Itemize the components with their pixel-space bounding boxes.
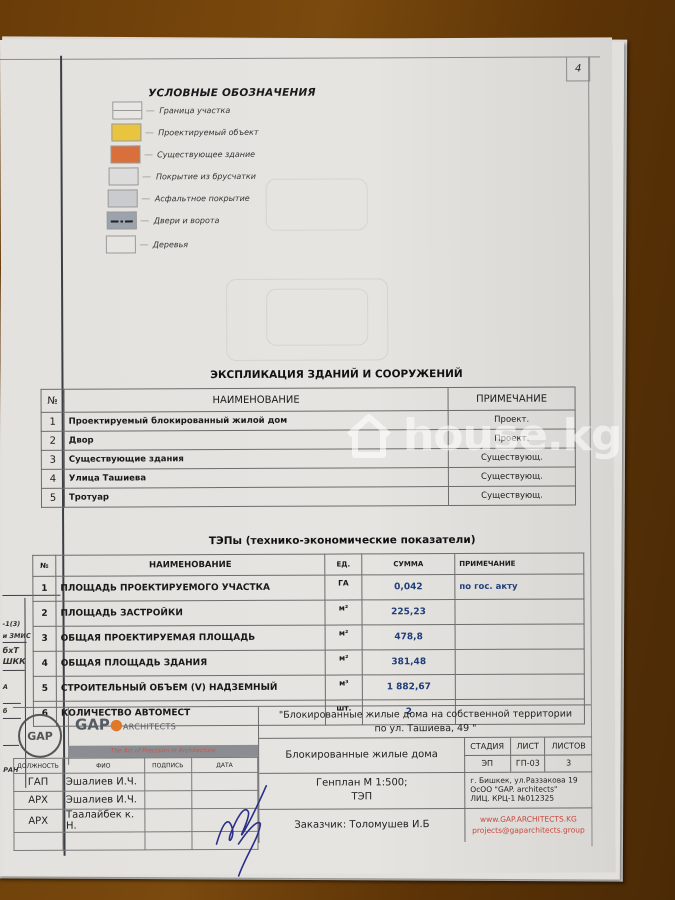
header-signature: ПОДПИСЬ: [144, 758, 191, 773]
trees-swatch-icon: [106, 235, 136, 253]
cell-note: Существующ.: [448, 467, 575, 487]
header-name: НАИМЕНОВАНИЕ: [64, 388, 448, 413]
cell-name: Двор: [64, 430, 448, 451]
legend-item: Существующее здание: [110, 145, 255, 164]
cell-unit: м³: [325, 675, 362, 700]
explication-title: ЭКСПЛИКАЦИЯ ЗДАНИЙ И СООРУЖЕНИЙ: [121, 368, 551, 382]
cell-name: ПЛОЩАДЬ ПРОЕКТИРУЕМОГО УЧАСТКА: [56, 575, 325, 601]
cell-note: Проект.: [448, 410, 575, 430]
wordmark-suffix: ARCHITECTS: [123, 722, 176, 731]
cell-note: Существующ.: [448, 486, 575, 506]
drawing-row: Генплан М 1:500; ТЭП г. Бишкек, ул.Разза…: [259, 771, 592, 809]
cell-signature: [144, 773, 191, 791]
cell-unit: м²: [325, 600, 362, 625]
cell-name: Тротуар: [64, 487, 448, 508]
frame-top-line: [0, 56, 600, 60]
drawing-name-line2: ТЭП: [316, 790, 408, 804]
cell-num: 3: [41, 450, 64, 469]
leader-line: [143, 176, 151, 177]
company-contacts: www.GAP.ARCHITECTS.KG projects@gaparchit…: [464, 807, 592, 848]
cell-name: Существующие здания: [64, 449, 448, 470]
cell-name: ОБЩАЯ ПРОЕКТИРУЕМАЯ ПЛОЩАДЬ: [56, 625, 325, 651]
cell-note: [455, 674, 584, 700]
cell-role: АРХ: [14, 791, 63, 809]
tep-header-row: № НАИМЕНОВАНИЕ ЕД. СУММА ПРИМЕЧАНИЕ: [33, 553, 584, 576]
header-fio: ФИО: [62, 758, 144, 773]
table-row: 1Проектируемый блокированный жилой домПр…: [41, 410, 575, 431]
cell-name: Проектируемый блокированный жилой дом: [64, 411, 448, 432]
legend-item: Деревья: [106, 235, 188, 253]
table-row: 3Существующие зданияСуществующ.: [41, 448, 575, 469]
explication-table: № НАИМЕНОВАНИЕ ПРИМЕЧАНИЕ 1Проектируемый…: [41, 386, 577, 507]
cell-fio: Эшалиев И.Ч.: [62, 773, 144, 791]
strip-text: б: [3, 707, 8, 715]
cell-note: [455, 649, 584, 675]
object-name: Блокированные жилые дома: [259, 738, 465, 773]
cell-fio: Таалайбек к. Н.: [62, 809, 144, 832]
stage-grid: СТАДИЯ ЛИСТ ЛИСТОВ ЭП ГП-03 3: [464, 737, 592, 772]
header-note: ПРИМЕЧАНИЕ: [455, 553, 584, 575]
sheet-label: ЛИСТ: [511, 738, 545, 755]
projected-object-swatch-icon: [111, 123, 141, 141]
legend-item: Проектируемый объект: [111, 123, 258, 142]
cell-note: [455, 624, 584, 650]
cell-name: ОБЩАЯ ПЛОЩАДЬ ЗДАНИЯ: [56, 650, 325, 676]
stage-label: СТАДИЯ: [464, 738, 511, 755]
strip-text: и ЗМИС: [3, 632, 31, 640]
sheets-value: 3: [545, 754, 592, 771]
cell-note: Существующ.: [448, 448, 575, 468]
cell-num: 3: [33, 626, 56, 651]
table-row: 4ОБЩАЯ ПЛОЩАДЬ ЗДАНИЯм²381,48: [33, 649, 584, 676]
cell-note: Проект.: [448, 429, 575, 449]
drawing-name-line1: Генплан М 1:500;: [316, 776, 408, 790]
header-name: НАИМЕНОВАНИЕ: [56, 554, 325, 576]
email-link[interactable]: projects@gaparchitects.group: [464, 824, 592, 836]
legend-label: Асфальтное покрытие: [155, 193, 250, 202]
strip-text: бхТ: [3, 646, 19, 655]
cell-signature: [144, 791, 191, 809]
gap-emblem-icon: GAP: [18, 714, 62, 758]
stage-cell: СТАДИЯ ЛИСТ ЛИСТОВ ЭП ГП-03 3: [464, 737, 592, 772]
gap-tagline: The Art of Precision in Architecture: [68, 745, 258, 758]
cell-sum: 225,23: [362, 600, 455, 625]
explication-header-row: № НАИМЕНОВАНИЕ ПРИМЕЧАНИЕ: [41, 387, 575, 412]
header-date: ДАТА: [191, 757, 257, 772]
drawing-name: Генплан М 1:500; ТЭП: [259, 772, 465, 809]
cell-num: 5: [33, 676, 56, 701]
table-row: 2ДворПроект.: [41, 429, 575, 450]
boundary-swatch-icon: [112, 101, 142, 119]
header-unit: ЕД.: [325, 554, 362, 575]
tep-table: № НАИМЕНОВАНИЕ ЕД. СУММА ПРИМЕЧАНИЕ 1ПЛО…: [32, 552, 585, 726]
cell-num: 5: [41, 488, 64, 507]
legend-item: Граница участка: [112, 101, 230, 120]
legend-label: Деревья: [153, 240, 188, 249]
cell-num: 4: [33, 651, 56, 676]
cell-note: по гос. акту: [455, 574, 584, 600]
existing-building-swatch-icon: [110, 145, 140, 163]
table-row: 5ТротуарСуществующ.: [41, 486, 575, 507]
strip-text: -1(3): [3, 620, 21, 628]
gap-wordmark: GAP●ARCHITECTS: [75, 715, 176, 733]
cell-num: 1: [41, 412, 64, 431]
company-address: г. Бишкек, ул.Раззакова 19 ОсОО "GAP. ar…: [464, 771, 598, 812]
header-note: ПРИМЕЧАНИЕ: [448, 387, 575, 411]
project-title-line2: по ул. Ташиева, 49 ": [259, 721, 592, 736]
customer-row: Заказчик: Толомушев И.Б www.GAP.ARCHITEC…: [259, 807, 592, 842]
table-row: 3ОБЩАЯ ПРОЕКТИРУЕМАЯ ПЛОЩАДЬм²478,8: [33, 624, 584, 651]
legend-label: Граница участка: [159, 105, 230, 114]
leader-line: [140, 244, 148, 245]
address-line3: ЛИЦ. КРЦ-1 №012325: [470, 793, 598, 803]
logo-cell: GAP: [13, 708, 69, 765]
legend-item: Асфальтное покрытие: [108, 189, 250, 208]
cell-fio: Эшалиев И.Ч.: [62, 791, 144, 809]
table-row: 5СТРОИТЕЛЬНЫЙ ОБЪЕМ (V) НАДЗЕМНЫЙм³1 882…: [33, 674, 584, 701]
cell-num: 1: [33, 576, 56, 601]
table-row: 2ПЛОЩАДЬ ЗАСТРОЙКИм²225,23: [33, 599, 584, 626]
doors-gates-swatch-icon: [107, 211, 137, 229]
strip-text: ШКК: [3, 657, 26, 666]
customer-name: Заказчик: Толомушев И.Б: [259, 808, 465, 843]
cell-num: 2: [33, 601, 56, 626]
website-link[interactable]: www.GAP.ARCHITECTS.KG: [464, 813, 592, 825]
sheet-value: ГП-03: [511, 755, 545, 772]
table-row: 4Улица ТашиеваСуществующ.: [41, 467, 575, 488]
cell-sum: 478,8: [362, 625, 455, 650]
handwritten-signature: [208, 784, 278, 884]
legend-item: Покрытие из брусчатки: [109, 167, 256, 186]
strip-line: [3, 703, 21, 704]
cell-role: АРХ: [14, 809, 63, 832]
cell-role: ГАП: [14, 773, 63, 791]
cell-fio: [63, 832, 145, 850]
leader-line: [141, 220, 149, 221]
cell-num: 4: [41, 469, 64, 488]
asphalt-swatch-icon: [108, 189, 138, 207]
cell-name: СТРОИТЕЛЬНЫЙ ОБЪЕМ (V) НАДЗЕМНЫЙ: [56, 675, 325, 701]
cell-signature: [144, 809, 191, 832]
stage-value: ЭП: [464, 755, 511, 772]
cell-unit: ГА: [325, 575, 362, 600]
header-sum: СУММА: [362, 554, 455, 575]
cell-num: 2: [41, 431, 64, 450]
cell-unit: м²: [325, 650, 362, 675]
cell-note: [455, 599, 584, 625]
strip-line: [3, 670, 25, 671]
cell-name: ПЛОЩАДЬ ЗАСТРОЙКИ: [56, 600, 325, 626]
legend-label: Покрытие из брусчатки: [156, 171, 256, 180]
legend-label: Двери и ворота: [154, 216, 220, 225]
object-row: Блокированные жилые дома СТАДИЯ ЛИСТ ЛИС…: [259, 737, 592, 773]
legend-item: Двери и ворота: [107, 211, 220, 229]
tep-title: ТЭПы (технико-экономические показатели): [182, 534, 502, 547]
wordmark-text: GAP: [75, 716, 110, 734]
header-num: №: [33, 555, 56, 576]
leader-line: [144, 154, 152, 155]
cell-name: Улица Ташиева: [64, 468, 448, 489]
project-title-line1: "Блокированные жилые дома на собственной…: [259, 707, 592, 722]
header-num: №: [41, 389, 64, 412]
strip-line: [3, 642, 27, 643]
cell-unit: м²: [325, 625, 362, 650]
sheets-label: ЛИСТОВ: [545, 737, 592, 754]
legend-label: Существующее здание: [157, 149, 255, 158]
cell-sum: 381,48: [362, 650, 455, 675]
cell-sum: 1 882,67: [362, 675, 455, 700]
paving-swatch-icon: [109, 167, 139, 185]
legend-label: Проектируемый объект: [158, 127, 258, 136]
title-block-right: "Блокированные жилые дома на собственной…: [258, 705, 593, 842]
signature-header-row: ДОЛЖНОСТЬ ФИО ПОДПИСЬ ДАТА: [14, 757, 258, 773]
table-row: 1ПЛОЩАДЬ ПРОЕКТИРУЕМОГО УЧАСТКАГА0,042по…: [33, 574, 584, 601]
strip-text: А: [3, 683, 8, 691]
drawing-sheet: 4 -1(3) и ЗМИС бхТ ШКК А б РАН УСЛОВНЫЕ …: [0, 37, 616, 875]
legend-title: УСЛОВНЫЕ ОБОЗНАЧЕНИЯ: [148, 87, 316, 100]
title-block: GAP GAP●ARCHITECTS The Art of Precision …: [13, 704, 592, 844]
cell-signature: [145, 832, 192, 850]
legend: УСЛОВНЫЕ ОБОЗНАЧЕНИЯ: [110, 87, 316, 100]
cell-sum: 0,042: [362, 575, 455, 600]
leader-line: [146, 110, 154, 111]
sheet-number: 4: [566, 56, 590, 81]
leader-line: [145, 132, 153, 133]
leader-line: [142, 198, 150, 199]
header-role: ДОЛЖНОСТЬ: [14, 758, 63, 773]
project-title: "Блокированные жилые дома на собственной…: [259, 705, 592, 738]
cell-role: [14, 832, 63, 850]
wordmark-dot: ●: [110, 715, 123, 733]
